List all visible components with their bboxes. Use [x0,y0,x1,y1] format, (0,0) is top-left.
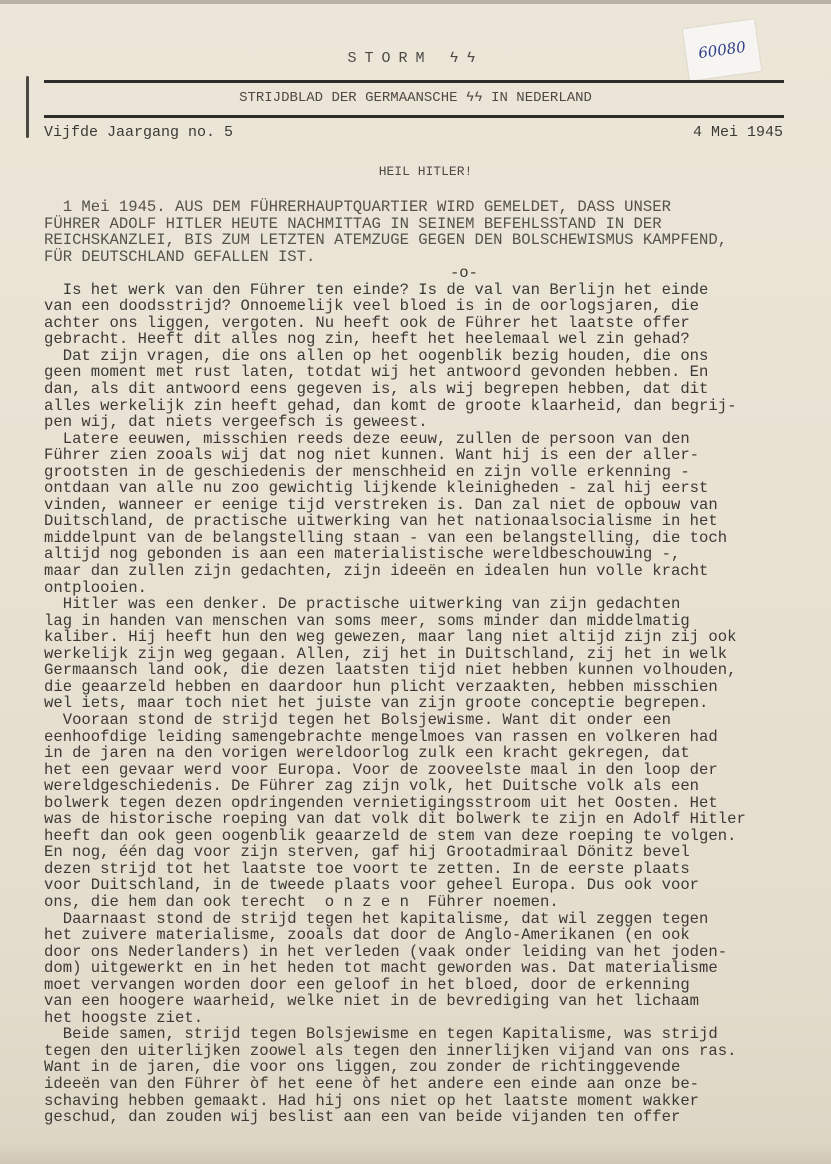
paragraph-line: alles werkelijk zin heeft gehad, dan kom… [44,398,804,415]
paragraph-line: Daarnaast stond de strijd tegen het kapi… [44,911,804,928]
paragraph-line: wel iets, maar toch niet het juiste van … [44,695,804,712]
paragraph-line: eenhoofdige leiding samengebrachte menge… [44,729,804,746]
paragraph-line: door ons Nederlanders) in het verleden (… [44,944,804,961]
paragraph-line: in de jaren na den vorigen wereldoorlog … [44,745,804,762]
paragraph-line: Duitschland, de practische uitwerking va… [44,513,804,530]
binding-mark [26,76,29,138]
masthead-rule-bottom [44,115,784,118]
issue-number: Vijfde Jaargang no. 5 [44,124,233,141]
paragraph-line: achter ons liggen, vergoten. Nu heeft oo… [44,315,804,332]
announcement-line: FÜR DEUTSCHLAND GEFALLEN IST. [44,249,804,266]
paragraph-line: altijd nog gebonden is aan een materiali… [44,546,804,563]
paragraph-line: heeft dan ook geen oogenblik geaarzeld d… [44,828,804,845]
paragraph-line: die geaarzeld hebben en daardoor hun pli… [44,679,804,696]
announcement-line: REICHSKANZLEI, BIS ZUM LETZTEN ATEMZUGE … [44,232,804,249]
paragraph-line: maar dan zullen zijn gedachten, zijn ide… [44,563,804,580]
paragraph-line: En nog, één dag voor zijn sterven, gaf h… [44,844,804,861]
article-heading: HEIL HITLER! [0,164,831,179]
paragraph-line: tegen den uiterlijken zoowel als tegen d… [44,1043,804,1060]
paragraph-line: Is het werk van den Führer ten einde? Is… [44,282,804,299]
paragraph-line: ontdaan van alle nu zoo gewichtig lijken… [44,480,804,497]
paragraph-line: Latere eeuwen, misschien reeds deze eeuw… [44,431,804,448]
paragraph-line: lag in handen van menschen van soms meer… [44,613,804,630]
paragraph-line: ontplooien. [44,580,804,597]
paragraph-line: Hitler was een denker. De practische uit… [44,596,804,613]
page-edge-bottom [0,1144,831,1164]
paragraph-line: was de historische roeping van dat volk … [44,811,804,828]
section-divider: -o- [44,265,804,282]
paragraph-line: werkelijk zijn weg gegaan. Allen, zij he… [44,646,804,663]
paragraph-line: geen moment met rust laten, totdat wij h… [44,364,804,381]
announcement-line: 1 Mei 1945. AUS DEM FÜHRERHAUPTQUARTIER … [44,199,804,216]
paragraph-line: voor Duitschland, in de tweede plaats vo… [44,877,804,894]
page-edge [0,0,831,4]
paragraph-line: geschud, dan zouden wij beslist aan een … [44,1109,804,1126]
paragraph-line: ons, die hem dan ook terecht o n z e n F… [44,894,804,911]
paragraph-line: pen wij, dat niets vergeefsch is geweest… [44,414,804,431]
masthead-title: STORM ϟϟ [0,50,831,67]
paragraph-line: van een doodsstrijd? Onnoemelijk veel bl… [44,298,804,315]
masthead-subtitle: STRIJDBLAD DER GERMAANSCHE ϟϟ IN NEDERLA… [0,90,831,106]
article-body: 1 Mei 1945. AUS DEM FÜHRERHAUPTQUARTIER … [44,199,804,1126]
paragraph-line: het zuivere materialisme, zooals dat doo… [44,927,804,944]
paragraph-line: het een gevaar werd voor Europa. Voor de… [44,762,804,779]
paragraph-line: vinden, wanneer er eenige tijd verstreke… [44,497,804,514]
paragraph-line: Germaansch land ook, die dezen laatsten … [44,662,804,679]
paragraph-line: middelpunt van de belangstelling staan -… [44,530,804,547]
paragraph-line: Beide samen, strijd tegen Bolsjewisme en… [44,1026,804,1043]
paragraph-line: het hoogste ziet. [44,1010,804,1027]
paragraph-line: Führer zien zooals wij dat nog niet kunn… [44,447,804,464]
paragraph-line: Want in de jaren, die voor ons liggen, z… [44,1059,804,1076]
announcement-line: FÜHRER ADOLF HITLER HEUTE NACHMITTAG IN … [44,216,804,233]
paragraph-line: ideeën van den Führer òf het eene òf het… [44,1076,804,1093]
paragraph-line: schaving hebben gemaakt. Had hij ons nie… [44,1093,804,1110]
paragraph-line: dan, als dit antwoord eens gegeven is, a… [44,381,804,398]
paragraph-line: Dat zijn vragen, die ons allen op het oo… [44,348,804,365]
paragraph-line: kaliber. Hij heeft hun den weg gewezen, … [44,629,804,646]
paragraph-line: dom) uitgewerkt en in het heden tot mach… [44,960,804,977]
paragraph-line: moet vervangen worden door een geloof in… [44,977,804,994]
paragraph-line: gebracht. Heeft dit alles nog zin, heeft… [44,331,804,348]
paragraph-line: Vooraan stond de strijd tegen het Bolsje… [44,712,804,729]
paragraph-line: grootsten in de geschiedenis der menschh… [44,464,804,481]
masthead-rule-top [44,80,784,83]
paragraph-line: wereldgeschiedenis. De Führer zag zijn v… [44,778,804,795]
document-page: 60080 STORM ϟϟ STRIJDBLAD DER GERMAANSCH… [0,0,831,1164]
paragraph-line: bolwerk tegen dezen opdringenden verniet… [44,795,804,812]
paragraph-line: van een hoogere waarheid, welke niet in … [44,993,804,1010]
issue-date: 4 Mei 1945 [693,124,783,141]
paragraph-line: dezen strijd tot het laatste toe voort t… [44,861,804,878]
